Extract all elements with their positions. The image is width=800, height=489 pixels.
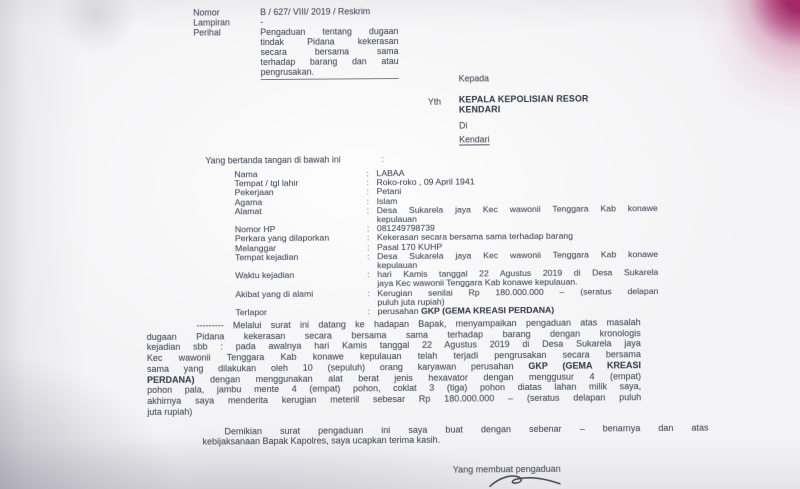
intro-line: Yang bertanda tangan di bawah ini : <box>205 153 485 165</box>
recipient-kepada: Kepada <box>459 73 489 83</box>
field-colon: : <box>367 206 377 224</box>
field-colon: : <box>367 307 377 316</box>
signature-stroke-icon <box>488 473 562 489</box>
intro-colon: : <box>381 154 384 164</box>
field-value-bold: GKP (GEMA KREASI PERDANA) <box>421 305 554 316</box>
field-value-text: perusahan <box>377 306 421 316</box>
meta-label-perihal: Perihal <box>193 27 260 81</box>
complainant-details: Nama : LABAA Tempat / tgl lahir : Roko-r… <box>234 167 658 318</box>
body-bold: PERDANA) <box>147 374 195 384</box>
meta-label-nomor: Nomor <box>193 7 260 18</box>
field-label: Tempat kejadian <box>235 252 367 271</box>
letter-document: Nomor B / 627/ VIII/ 2019 / Reskrim Lamp… <box>0 0 800 489</box>
complaint-body: --------- Melalui surat ini datang ke ha… <box>147 317 642 417</box>
field-label: Alamat <box>235 206 367 225</box>
body-bold: GKP (GEMA KREASI <box>528 360 641 371</box>
field-value: Desa Sukarela jaya Kec wawonii Tenggara … <box>377 204 658 225</box>
recipient-yth: Yth <box>428 97 441 107</box>
letter-meta: Nomor B / 627/ VIII/ 2019 / Reskrim Lamp… <box>193 6 399 81</box>
field-value: perusahan GKP (GEMA KREASI PERDANA) <box>377 305 658 316</box>
field-colon: : <box>367 252 377 270</box>
field-label: Terlapor <box>235 307 367 317</box>
field-label: Waktu kejadian <box>235 270 367 289</box>
handwritten-signature <box>488 473 562 489</box>
meta-label-lampiran: Lampiran <box>193 17 260 28</box>
field-label: Akibat yang di alami <box>235 289 367 308</box>
recipient-city: Kendari <box>459 134 489 144</box>
recipient-di: Di <box>459 120 467 130</box>
field-colon: : <box>367 270 377 288</box>
meta-value-perihal: Pengaduan tentang dugaan tindak Pidana k… <box>260 26 398 80</box>
perihal-line: terhadap barang dan atau <box>261 56 399 67</box>
field-colon: : <box>367 289 377 307</box>
intro-text: Yang bertanda tangan di bawah ini <box>205 154 340 165</box>
closing-paragraph: Demikian surat pengaduan ini saya buat d… <box>202 423 708 447</box>
recipient-name: KEPALA KEPOLISIAN RESOR KENDARI <box>459 93 617 115</box>
document-photo: Nomor B / 627/ VIII/ 2019 / Reskrim Lamp… <box>0 0 800 489</box>
body-text: juta rupiah) <box>147 406 192 416</box>
perihal-line: pengrusakan. <box>261 66 399 77</box>
field-row-terlapor: Terlapor : perusahan GKP (GEMA KREASI PE… <box>235 305 658 318</box>
